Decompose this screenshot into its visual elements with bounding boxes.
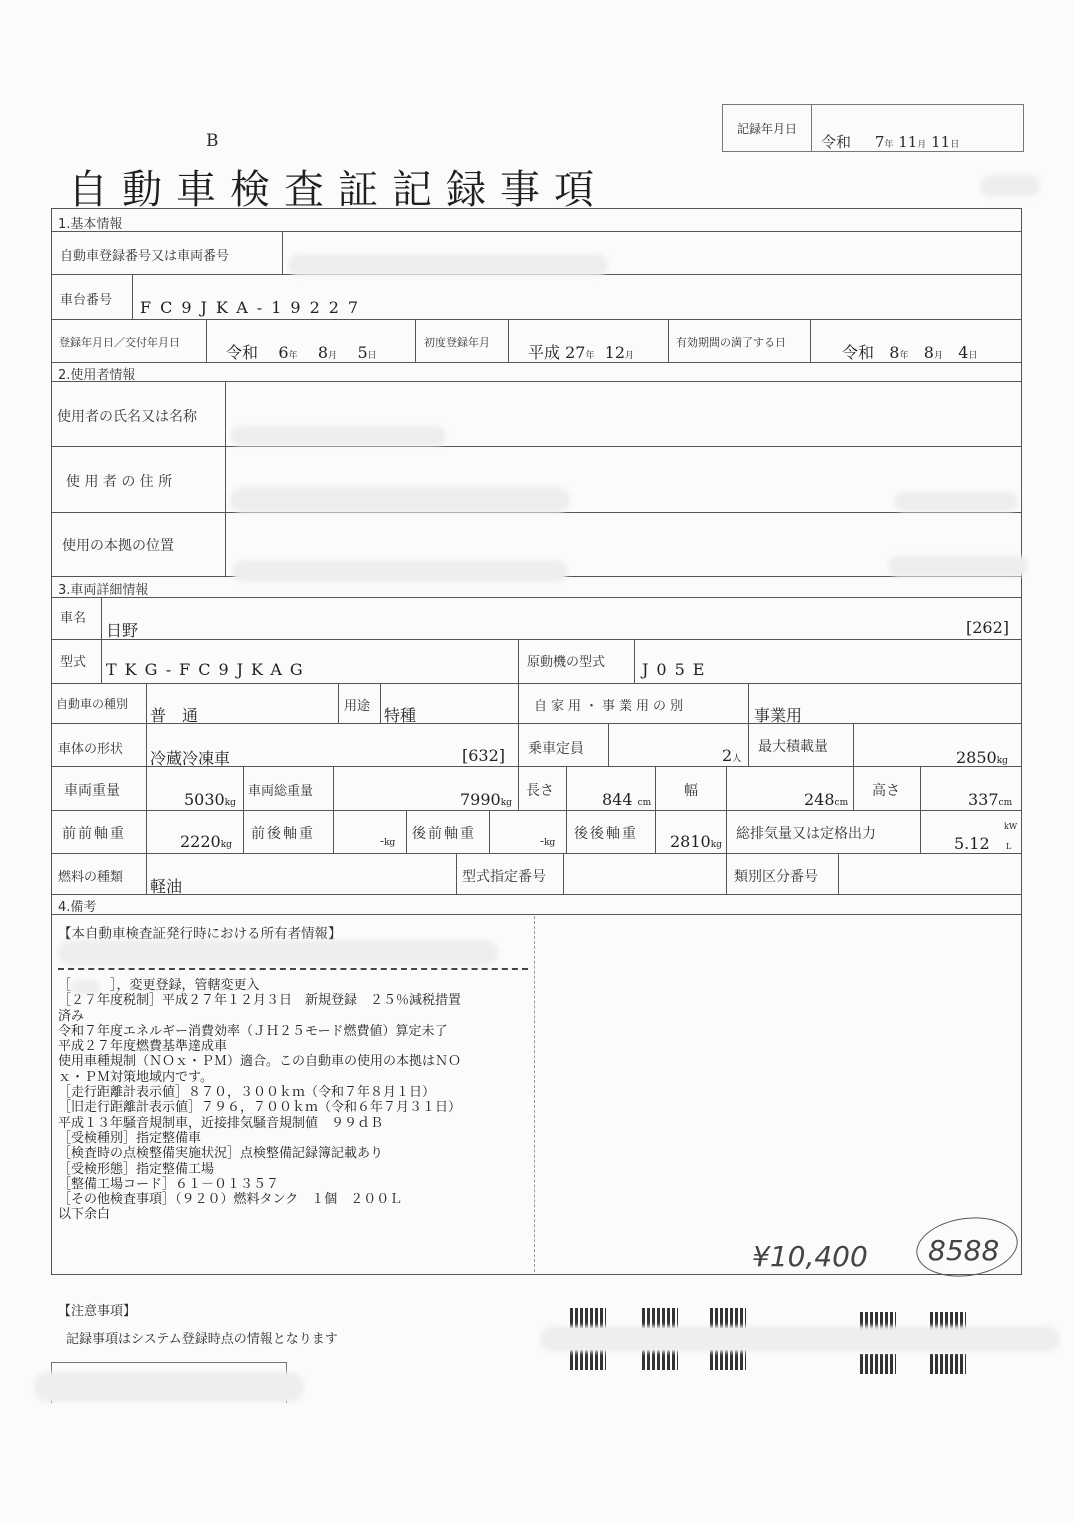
category-number-label: 類別区分番号 [734, 866, 818, 886]
fr-axle-value: -kg [380, 834, 395, 848]
rf-axle-label: 後前軸重 [412, 823, 476, 843]
user-address-label: 使 用 者 の 住 所 [66, 471, 172, 491]
remarks-line: ［受検種別］指定整備車 [58, 1131, 534, 1146]
user-name-label: 使用者の氏名又は名称 [57, 406, 197, 426]
fuel-type-value: 軽油 [150, 874, 182, 897]
remarks-dashed-separator [58, 968, 528, 970]
remarks-line: 令和７年度エネルギー消費効率（ＪＨ２５モード燃費値）算定未了 [58, 1024, 534, 1039]
section-remarks-heading: 4.備考 [58, 896, 96, 915]
max-load-value: 2850kg [956, 748, 1008, 767]
car-name-code: [262] [966, 618, 1009, 637]
displacement-value: 5.12 [954, 834, 990, 853]
height-label: 高さ [872, 780, 900, 800]
height-value: 337cm [968, 790, 1012, 809]
chassis-number: FC9JKA-19227 [140, 298, 367, 317]
vehicle-kind-value: 普 通 [150, 703, 198, 726]
remarks-line: ［走行距離計表示値］８７０，３００ｋｍ（令和７年８月１日） [58, 1085, 534, 1100]
car-name-value: 日野 [106, 618, 138, 641]
section-basic-heading: 1.基本情報 [58, 213, 122, 232]
length-label: 長さ [526, 780, 554, 800]
record-date-era: 令和 [821, 133, 851, 151]
remarks-line: ｘ・ＰＭ対策地域内です。 [58, 1070, 534, 1085]
chassis-label: 車台番号 [60, 289, 112, 308]
width-value: 248cm [804, 790, 848, 809]
capacity-label: 乗車定員 [528, 738, 584, 758]
reg-date-value: 令和 6年 8月 5日 [226, 340, 377, 363]
notice-text: 記録事項はシステム登録時点の情報となります [66, 1328, 338, 1347]
record-date-box: 記録年月日 令和 7年 11月 11日 [722, 104, 1024, 152]
remarks-line: 済み [58, 1009, 534, 1024]
private-business-label: 自家用・事業用の別 [534, 695, 687, 714]
record-date-day: 11 [931, 133, 950, 151]
use-value: 特種 [384, 703, 416, 726]
base-location-label: 使用の本拠の位置 [62, 535, 174, 555]
body-shape-value: 冷蔵冷凍車 [150, 746, 230, 769]
record-date-value: 令和 7年 11月 11日 [821, 131, 959, 152]
model-value: TKG-FC9JKAG [106, 660, 311, 679]
vehicle-weight-value: 5030kg [184, 790, 236, 809]
body-shape-code: [632] [462, 746, 505, 765]
ff-axle-value: 2220kg [180, 832, 232, 851]
remarks-line: ［その他検査事項］（９２０）燃料タンク １個 ２００Ｌ [58, 1192, 534, 1207]
remarks-line: 平成２７年度燃費基準達成車 [58, 1039, 534, 1054]
reg-no-label: 自動車登録番号又は車両番号 [60, 245, 229, 264]
redacted-area [980, 175, 1040, 197]
engine-model-label: 原動機の型式 [527, 651, 605, 670]
fuel-type-label: 燃料の種類 [58, 866, 123, 885]
base-location-redacted [232, 560, 568, 582]
record-date-month: 11 [898, 133, 917, 151]
handwritten-code: 8588 [928, 1234, 999, 1267]
displacement-label: 総排気量又は定格出力 [736, 823, 876, 843]
footer-redacted [34, 1372, 304, 1402]
remarks-line: ［ ］，変更登録，管轄変更入 [58, 978, 534, 993]
expiry-value: 令和 8年 8月 4日 [842, 340, 977, 363]
type-designation-label: 型式指定番号 [462, 866, 546, 886]
use-label: 用途 [344, 695, 370, 714]
rr-axle-label: 後後軸重 [574, 823, 638, 843]
displacement-unit-kw: kW [1004, 822, 1017, 831]
private-business-value: 事業用 [754, 703, 802, 726]
fr-axle-label: 前後軸重 [251, 823, 315, 843]
car-name-label: 車名 [60, 607, 86, 626]
rr-axle-value: 2810kg [670, 832, 722, 851]
page-title: 自動車検査証記録事項 [68, 158, 608, 215]
user-address-redacted-2 [894, 492, 1018, 512]
user-address-redacted [230, 487, 570, 513]
remarks-list: ［ ］，変更登録，管轄変更入［２７年度税制］平成２７年１２月３日 新規登録 ２５… [58, 978, 534, 1223]
owner-info-header: 【本自動車検査証発行時における所有者情報】 [58, 922, 342, 942]
length-value: 844 cm [602, 790, 651, 809]
remarks-line: ［旧走行距離計表示値］７９６，７００ｋｍ（令和６年７月３１日） [58, 1100, 534, 1115]
record-date-year: 7 [875, 133, 885, 151]
user-name-redacted [230, 426, 446, 446]
qr-redacted [540, 1326, 1060, 1352]
first-reg-label: 初度登録年月 [424, 334, 490, 350]
remarks-line: ［整備工場コード］６１－０１３５７ [58, 1177, 534, 1192]
notice-header: 【注意事項】 [58, 1300, 136, 1319]
capacity-value: 2人 [722, 746, 741, 765]
record-date-label: 記録年月日 [723, 105, 812, 151]
section-user-heading: 2.使用者情報 [58, 364, 135, 383]
owner-info-redacted [58, 940, 498, 966]
form-mark: B [206, 131, 219, 151]
remarks-line: 平成１３年騒音規制車，近接排気騒音規制値 ９９ｄＢ [58, 1116, 534, 1131]
reg-no-redacted [288, 254, 608, 276]
remarks-line: ［検査時の点検整備実施状況］点検整備記録簿記載あり [58, 1146, 534, 1161]
ff-axle-label: 前前軸重 [62, 823, 126, 843]
gross-weight-label: 車両総重量 [248, 780, 313, 799]
engine-model-value: J05E [642, 660, 712, 679]
remarks-line: 以下余白 [58, 1207, 534, 1222]
reg-date-label: 登録年月日／交付年月日 [59, 334, 180, 350]
max-load-label: 最大積載量 [758, 736, 828, 756]
base-location-redacted-2 [888, 555, 1028, 577]
remarks-line: 使用車種規制（ＮＯｘ・ＰＭ）適合。この自動車の使用の本拠はＮＯ [58, 1054, 534, 1069]
expiry-label: 有効期間の満了する日 [676, 334, 786, 350]
remarks-redacted [70, 980, 100, 994]
first-reg-value: 平成 27年 12月 [528, 340, 634, 363]
rf-axle-value: -kg [540, 834, 555, 848]
model-label: 型式 [60, 651, 86, 670]
remarks-divider [534, 916, 535, 1272]
handwritten-amount: ¥10,400 [752, 1240, 868, 1273]
section-vehicle-heading: 3.車両詳細情報 [58, 579, 148, 598]
displacement-unit-l: L [1006, 842, 1011, 851]
gross-weight-value: 7990kg [460, 790, 512, 809]
vehicle-kind-label: 自動車の種別 [56, 695, 128, 712]
remarks-line: ［受検形態］指定整備工場 [58, 1162, 534, 1177]
body-shape-label: 車体の形状 [58, 738, 123, 757]
remarks-line: ［２７年度税制］平成２７年１２月３日 新規登録 ２５％減税措置 [58, 993, 534, 1008]
width-label: 幅 [684, 780, 698, 800]
vehicle-weight-label: 車両重量 [64, 780, 120, 800]
